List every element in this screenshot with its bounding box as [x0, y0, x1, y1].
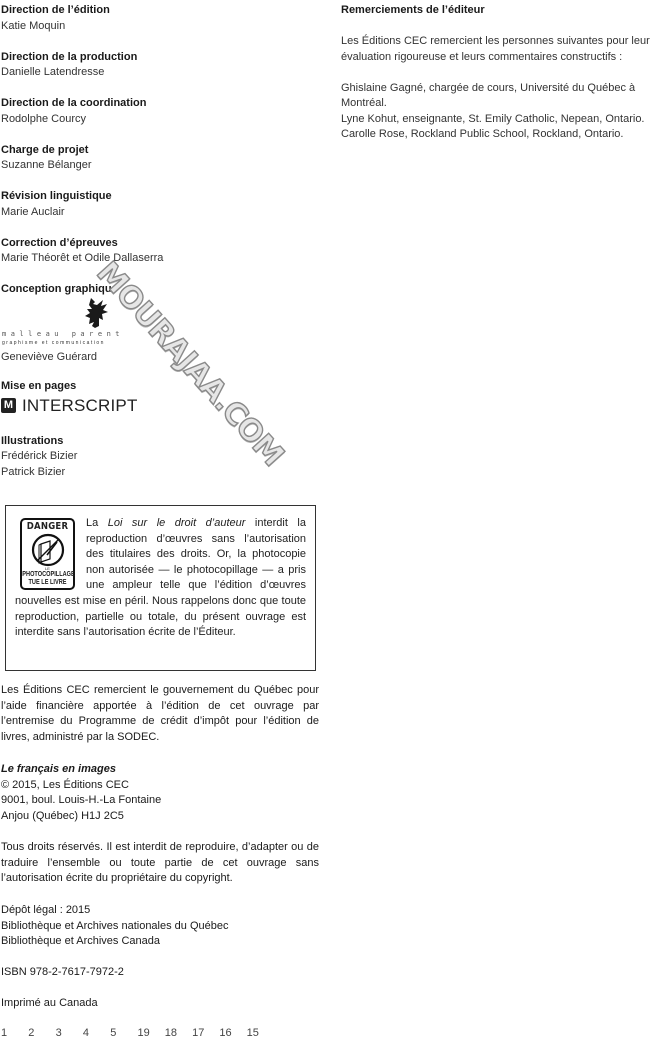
credit-name: Patrick Bizier	[1, 465, 319, 481]
credit-name: Rodolphe Courcy	[1, 112, 319, 128]
credit-role: Direction de l’édition	[1, 3, 319, 19]
print-number: 15	[247, 1026, 274, 1042]
print-number: 18	[165, 1026, 192, 1042]
reviewer-item: Carolle Rose, Rockland Public School, Ro…	[341, 127, 661, 143]
credit-production: Direction de la production Danielle Late…	[1, 50, 319, 81]
warning-text-start: La	[86, 517, 108, 529]
print-number: 19	[137, 1026, 164, 1042]
credit-role: Conception graphique	[1, 282, 319, 298]
publication-info: Le français en images © 2015, Les Éditio…	[1, 762, 319, 824]
photocopillage-danger-sign: DANGER LE PHOTOCOPILLAGE TUE LE LIVRE	[20, 518, 75, 590]
malleau-parent-logo: malleau parent graphisme et communicatio…	[1, 300, 319, 350]
printed-in: Imprimé au Canada	[1, 996, 319, 1012]
print-number: 16	[219, 1026, 246, 1042]
danger-sign-line1: PHOTOCOPILLAGE	[22, 571, 72, 579]
interscript-logo-text: INTERSCRIPT	[22, 396, 138, 416]
print-number: 4	[83, 1026, 110, 1042]
credit-revision: Révision linguistique Marie Auclair	[1, 189, 319, 220]
logo-line2: graphisme et communication	[2, 340, 105, 346]
interscript-logo: M INTERSCRIPT	[1, 396, 319, 416]
acknowledgements-intro: Les Éditions CEC remercient les personne…	[341, 34, 661, 65]
credit-role: Correction d’épreuves	[1, 236, 319, 252]
credit-role: Charge de projet	[1, 143, 319, 159]
credit-role: Mise en pages	[1, 379, 319, 395]
legal-deposit: Dépôt légal : 2015 Bibliothèque et Archi…	[1, 903, 319, 950]
acknowledgements-title: Remerciements de l’éditeur	[341, 3, 661, 19]
credit-name: Katie Moquin	[1, 19, 319, 35]
print-number: 1	[1, 1026, 28, 1042]
print-number: 3	[56, 1026, 83, 1042]
legal-deposit-line3: Bibliothèque et Archives Canada	[1, 934, 319, 950]
print-number: 5	[110, 1026, 137, 1042]
copyright-line: © 2015, Les Éditions CEC	[1, 778, 319, 794]
credit-proofreading: Correction d’épreuves Marie Théorêt et O…	[1, 236, 319, 267]
no-photocopy-icon	[31, 533, 65, 567]
reviewer-item: Lyne Kohut, enseignante, St. Emily Catho…	[341, 112, 661, 128]
interscript-m-icon: M	[1, 398, 16, 413]
danger-sign-line2: TUE LE LIVRE	[22, 579, 72, 587]
credit-illustrations: Illustrations Frédérick Bizier Patrick B…	[1, 434, 319, 481]
credit-role: Révision linguistique	[1, 189, 319, 205]
government-thanks: Les Éditions CEC remercient le gouvernem…	[1, 683, 319, 745]
print-number: 2	[28, 1026, 55, 1042]
legal-deposit-line2: Bibliothèque et Archives nationales du Q…	[1, 919, 319, 935]
acknowledgements-column: Remerciements de l’éditeur Les Éditions …	[341, 3, 661, 143]
law-title: Loi sur le droit d’auteur	[108, 517, 246, 529]
credit-name: Marie Auclair	[1, 205, 319, 221]
credit-name: Frédérick Bizier	[1, 449, 319, 465]
credit-name: Geneviève Guérard	[1, 350, 319, 366]
dragon-icon	[81, 296, 111, 330]
address-line1: 9001, boul. Louis-H.-La Fontaine	[1, 793, 319, 809]
reviewer-item: Ghislaine Gagné, chargée de cours, Unive…	[341, 81, 641, 112]
credit-graphic-design: Conception graphique malleau parent grap…	[1, 282, 319, 365]
credit-layout: Mise en pages M INTERSCRIPT	[1, 379, 319, 416]
legal-deposit-line1: Dépôt légal : 2015	[1, 903, 319, 919]
logo-line1: malleau parent	[2, 330, 124, 338]
address-line2: Anjou (Québec) H1J 2C5	[1, 809, 319, 825]
copyright-warning-box: DANGER LE PHOTOCOPILLAGE TUE LE LIVRE La…	[5, 505, 316, 671]
credit-name: Suzanne Bélanger	[1, 158, 319, 174]
danger-sign-title: DANGER	[26, 521, 69, 532]
credit-coordination: Direction de la coordination Rodolphe Co…	[1, 96, 319, 127]
credit-name: Marie Théorêt et Odile Dallaserra	[1, 251, 319, 267]
print-sequence: 1 2 3 4 5 19 18 17 16 15	[1, 1026, 274, 1042]
credit-name: Danielle Latendresse	[1, 65, 319, 81]
credit-edition: Direction de l’édition Katie Moquin	[1, 3, 319, 34]
credit-role: Illustrations	[1, 434, 319, 450]
isbn: ISBN 978-2-7617-7972-2	[1, 965, 319, 981]
rights-reserved: Tous droits réservés. Il est interdit de…	[1, 840, 319, 887]
credit-project: Charge de projet Suzanne Bélanger	[1, 143, 319, 174]
book-title: Le français en images	[1, 762, 319, 778]
credits-column: Direction de l’édition Katie Moquin Dire…	[1, 3, 319, 496]
credit-role: Direction de la production	[1, 50, 319, 66]
credit-role: Direction de la coordination	[1, 96, 319, 112]
print-number: 17	[192, 1026, 219, 1042]
